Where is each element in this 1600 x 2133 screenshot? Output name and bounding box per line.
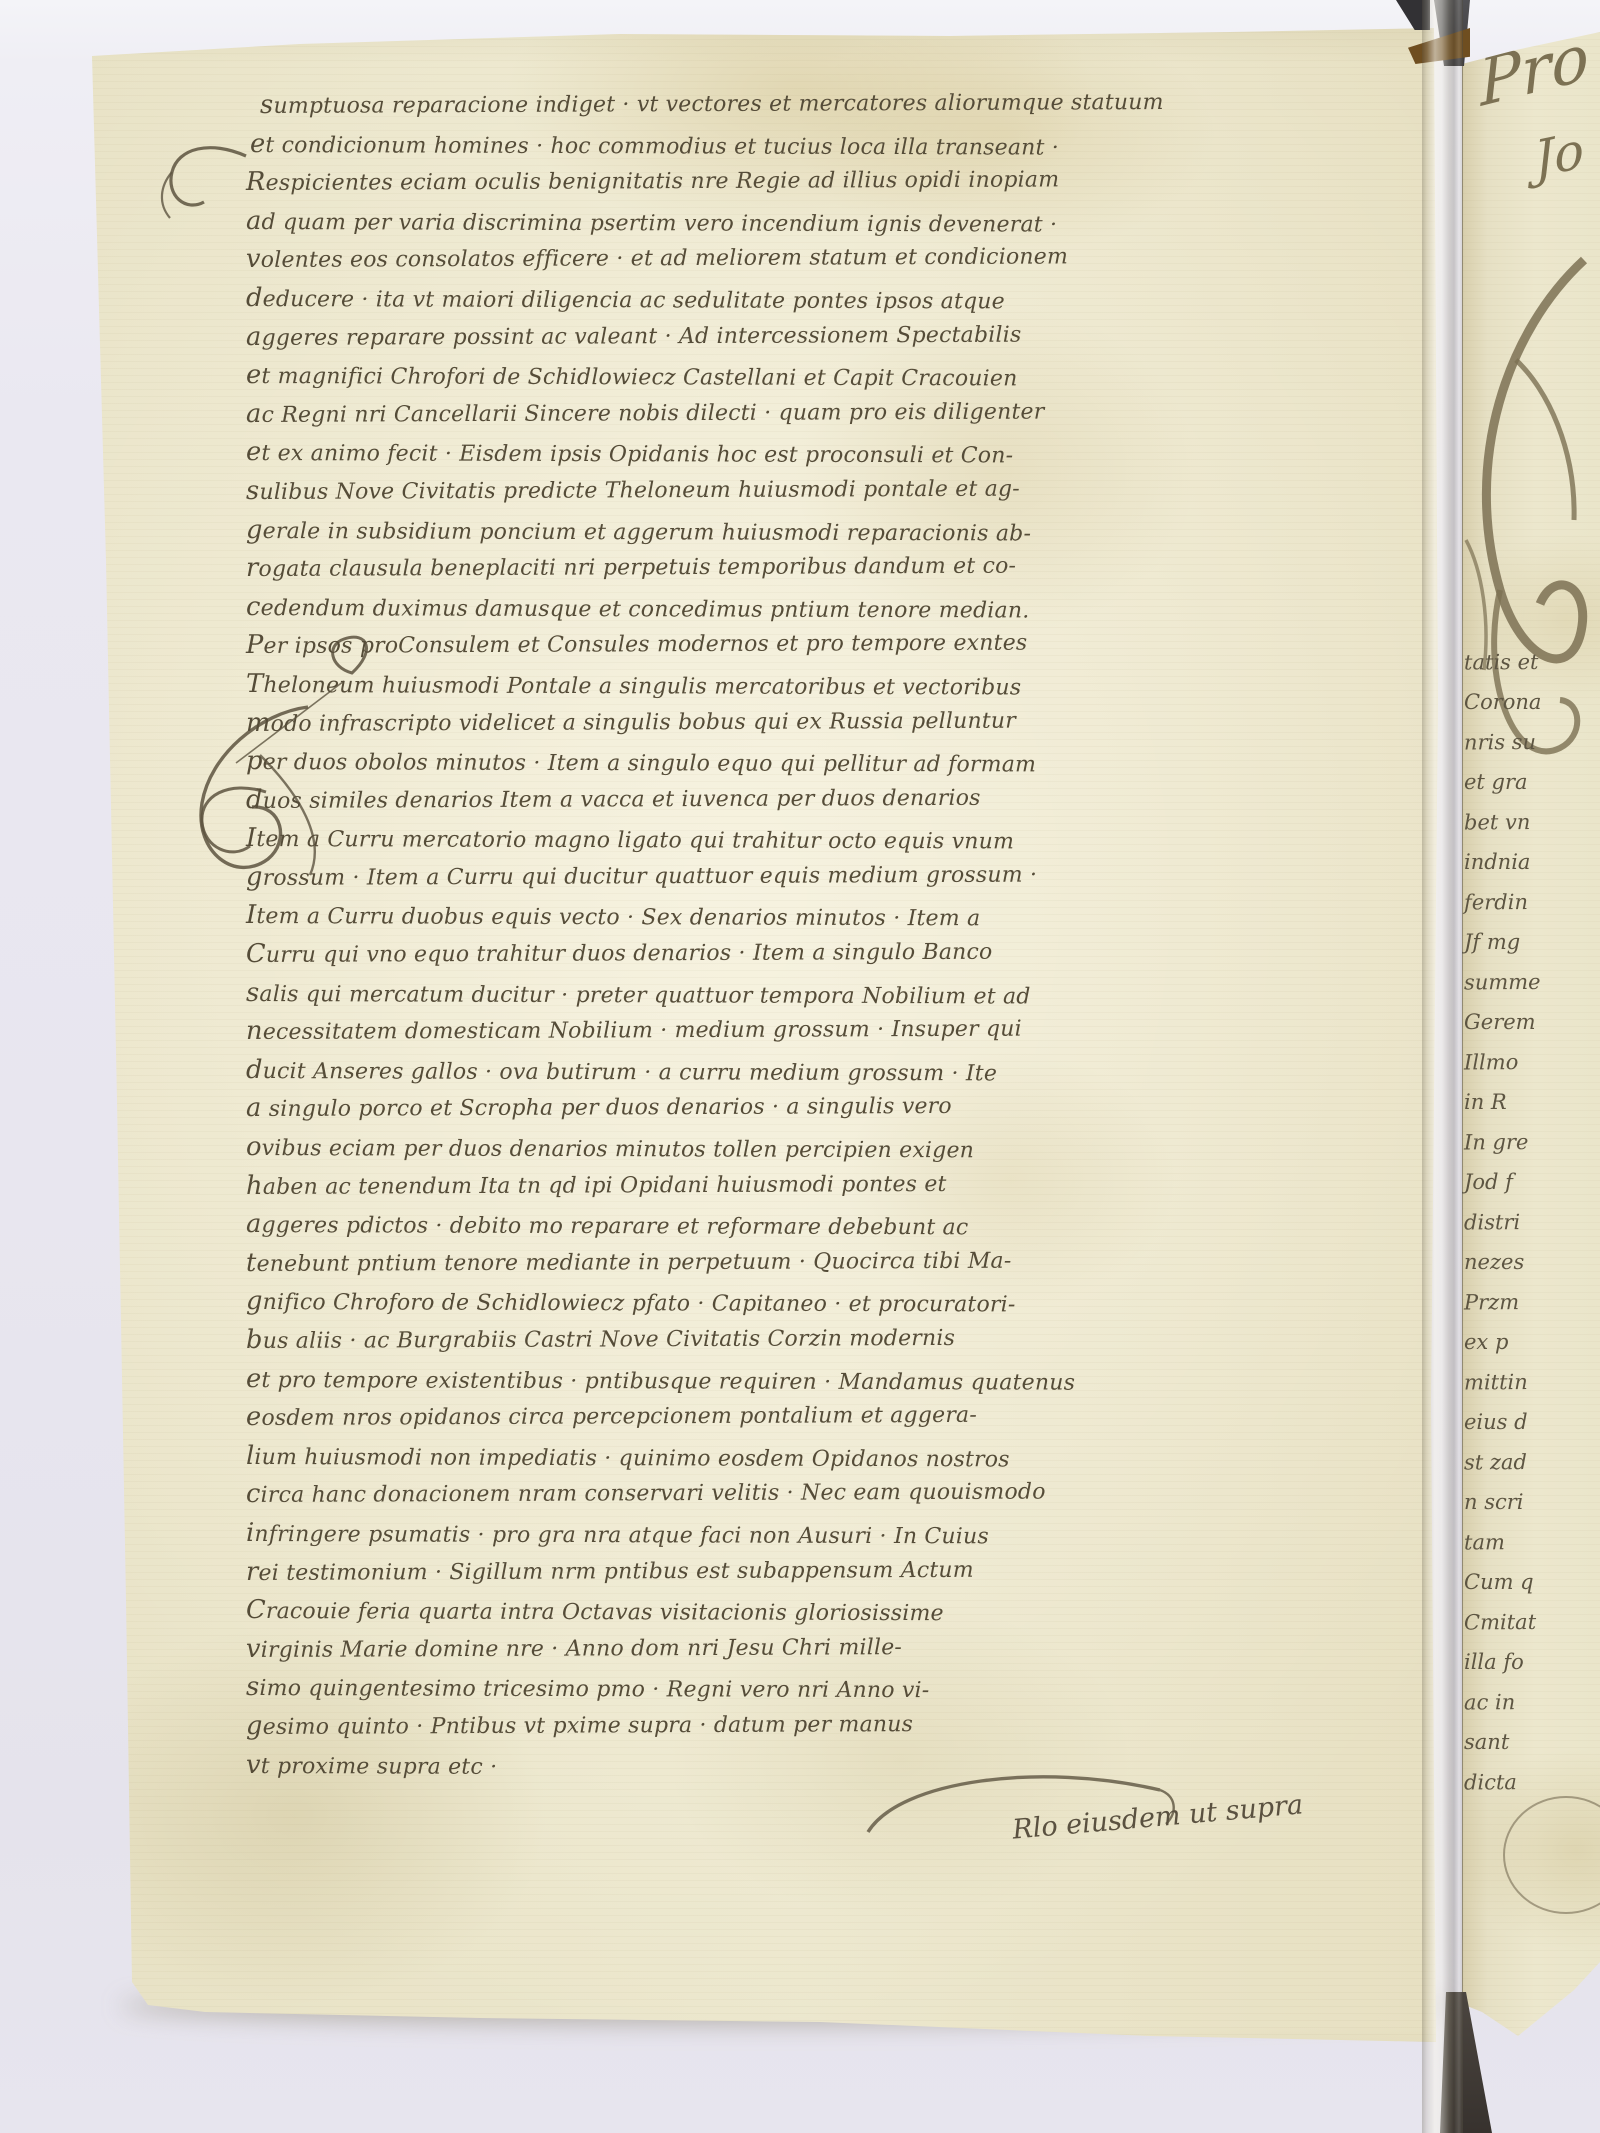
manuscript-line: infringere psumatis · pro gra nra atque …	[246, 1514, 1066, 1555]
facing-page-heading: Jo	[1533, 121, 1586, 190]
facing-page-line-fragment: Cmitat	[1464, 1602, 1600, 1643]
facing-page-line-fragment: bet vn	[1464, 802, 1600, 843]
manuscript-line: haben ac tenendum Ita tn qd ipi Opidani …	[246, 1163, 1066, 1205]
manuscript-line: volentes eos consolatos efficere · et ad…	[246, 237, 1066, 279]
facing-page-line-fragment: st zad	[1464, 1442, 1600, 1483]
facing-page-fragment: Pro Jo tatis etCoronanris suet grabet vn…	[1456, 0, 1600, 2133]
facing-page-line-fragment: nezes	[1464, 1242, 1600, 1282]
manuscript-line: sumptuosa reparacione indiget · vt vecto…	[246, 82, 1066, 124]
manuscript-line: sulibus Nove Civitatis predicte Theloneu…	[246, 468, 1066, 510]
manuscript-line: virginis Marie domine nre · Anno dom nri…	[246, 1626, 1066, 1668]
facing-page-line-fragment: nris su	[1464, 722, 1600, 763]
facing-page-line-fragment: summe	[1464, 962, 1600, 1003]
ink-circle-fragment-icon	[1486, 1780, 1600, 1930]
manuscript-line: ac Regni nri Cancellarii Sincere nobis d…	[246, 391, 1066, 433]
manuscript-left-page: sumptuosa reparacione indiget · vt vecto…	[0, 0, 1600, 2133]
facing-page-line-fragment: n scri	[1464, 1482, 1600, 1522]
facing-page-line-fragment: tatis et	[1464, 642, 1600, 683]
manuscript-line: tenebunt pntium tenore mediante in perpe…	[246, 1240, 1066, 1282]
manuscript-line: Per ipsos proConsulem et Consules modern…	[246, 623, 1066, 665]
facing-page-line-fragment: dicta	[1464, 1762, 1600, 1803]
manuscript-line: gesimo quinto · Pntibus vt pxime supra ·…	[246, 1703, 1066, 1745]
manuscript-line: aggeres reparare possint ac valeant · Ad…	[246, 314, 1066, 356]
facing-page-line-fragment: Cum q	[1464, 1562, 1600, 1602]
manuscript-line: modo infrascripto videlicet a singulis b…	[246, 700, 1066, 742]
manuscript-line: circa hanc donacionem nram conservari ve…	[246, 1472, 1066, 1514]
manuscript-line: Respicientes eciam oculis benignitatis n…	[246, 160, 1066, 202]
manuscript-line: Theloneum huiusmodi Pontale a singulis m…	[246, 665, 1066, 706]
facing-page-line-fragment: ex p	[1464, 1322, 1600, 1362]
facing-page-cutoff-lines: tatis etCoronanris suet grabet vnindniaf…	[1464, 642, 1600, 1802]
manuscript-line: bus aliis · ac Burgrabiis Castri Nove Ci…	[246, 1317, 1066, 1359]
manuscript-line: grossum · Item a Curru qui ducitur quatt…	[246, 854, 1066, 896]
manuscript-text-block: sumptuosa reparacione indiget · vt vecto…	[246, 86, 1066, 1784]
facing-page-line-fragment: In gre	[1464, 1122, 1600, 1163]
manuscript-line: duos similes denarios Item a vacca et iu…	[246, 777, 1066, 819]
facing-page-line-fragment: eius d	[1464, 1402, 1600, 1442]
facing-page-line-fragment: mittin	[1464, 1362, 1600, 1403]
manuscript-line: necessitatem domesticam Nobilium · mediu…	[246, 1009, 1066, 1051]
manuscript-line: rogata clausula beneplaciti nri perpetui…	[246, 546, 1066, 588]
facing-page-line-fragment: ferdin	[1464, 882, 1600, 923]
facing-page-line-fragment: illa fo	[1464, 1642, 1600, 1682]
manuscript-line: deducere · ita vt maiori diligencia ac s…	[246, 279, 1066, 320]
manuscript-line: rei testimonium · Sigillum nrm pntibus e…	[246, 1549, 1066, 1591]
manuscript-line: eosdem nros opidanos circa percepcionem …	[246, 1395, 1066, 1437]
facing-page-line-fragment: sant	[1464, 1722, 1600, 1762]
facing-page-line-fragment: indnia	[1464, 842, 1600, 882]
manuscript-line: a singulo porco et Scropha per duos dena…	[246, 1086, 1066, 1128]
manuscript-line: Curru qui vno equo trahitur duos denario…	[246, 931, 1066, 973]
facing-page-line-fragment: Przm	[1464, 1282, 1600, 1323]
facing-page-line-fragment: Jod f	[1464, 1162, 1600, 1202]
facing-page-line-fragment: in R	[1464, 1082, 1600, 1122]
facing-page-line-fragment: tam	[1464, 1522, 1600, 1563]
manuscript-photo: sumptuosa reparacione indiget · vt vecto…	[0, 0, 1600, 2133]
facing-page-line-fragment: Corona	[1464, 682, 1600, 722]
facing-page-line-fragment: Illmo	[1464, 1042, 1600, 1083]
facing-page-line-fragment: distri	[1464, 1202, 1600, 1243]
facing-page-line-fragment: Gerem	[1464, 1002, 1600, 1042]
plexiglass-page-holder	[1422, 0, 1463, 2133]
facing-page-line-fragment: Jf mg	[1464, 922, 1600, 962]
facing-page-line-fragment: et gra	[1464, 762, 1600, 802]
facing-page-line-fragment: ac in	[1464, 1682, 1600, 1723]
manuscript-line: vt proxime supra etc ·	[246, 1746, 1066, 1787]
